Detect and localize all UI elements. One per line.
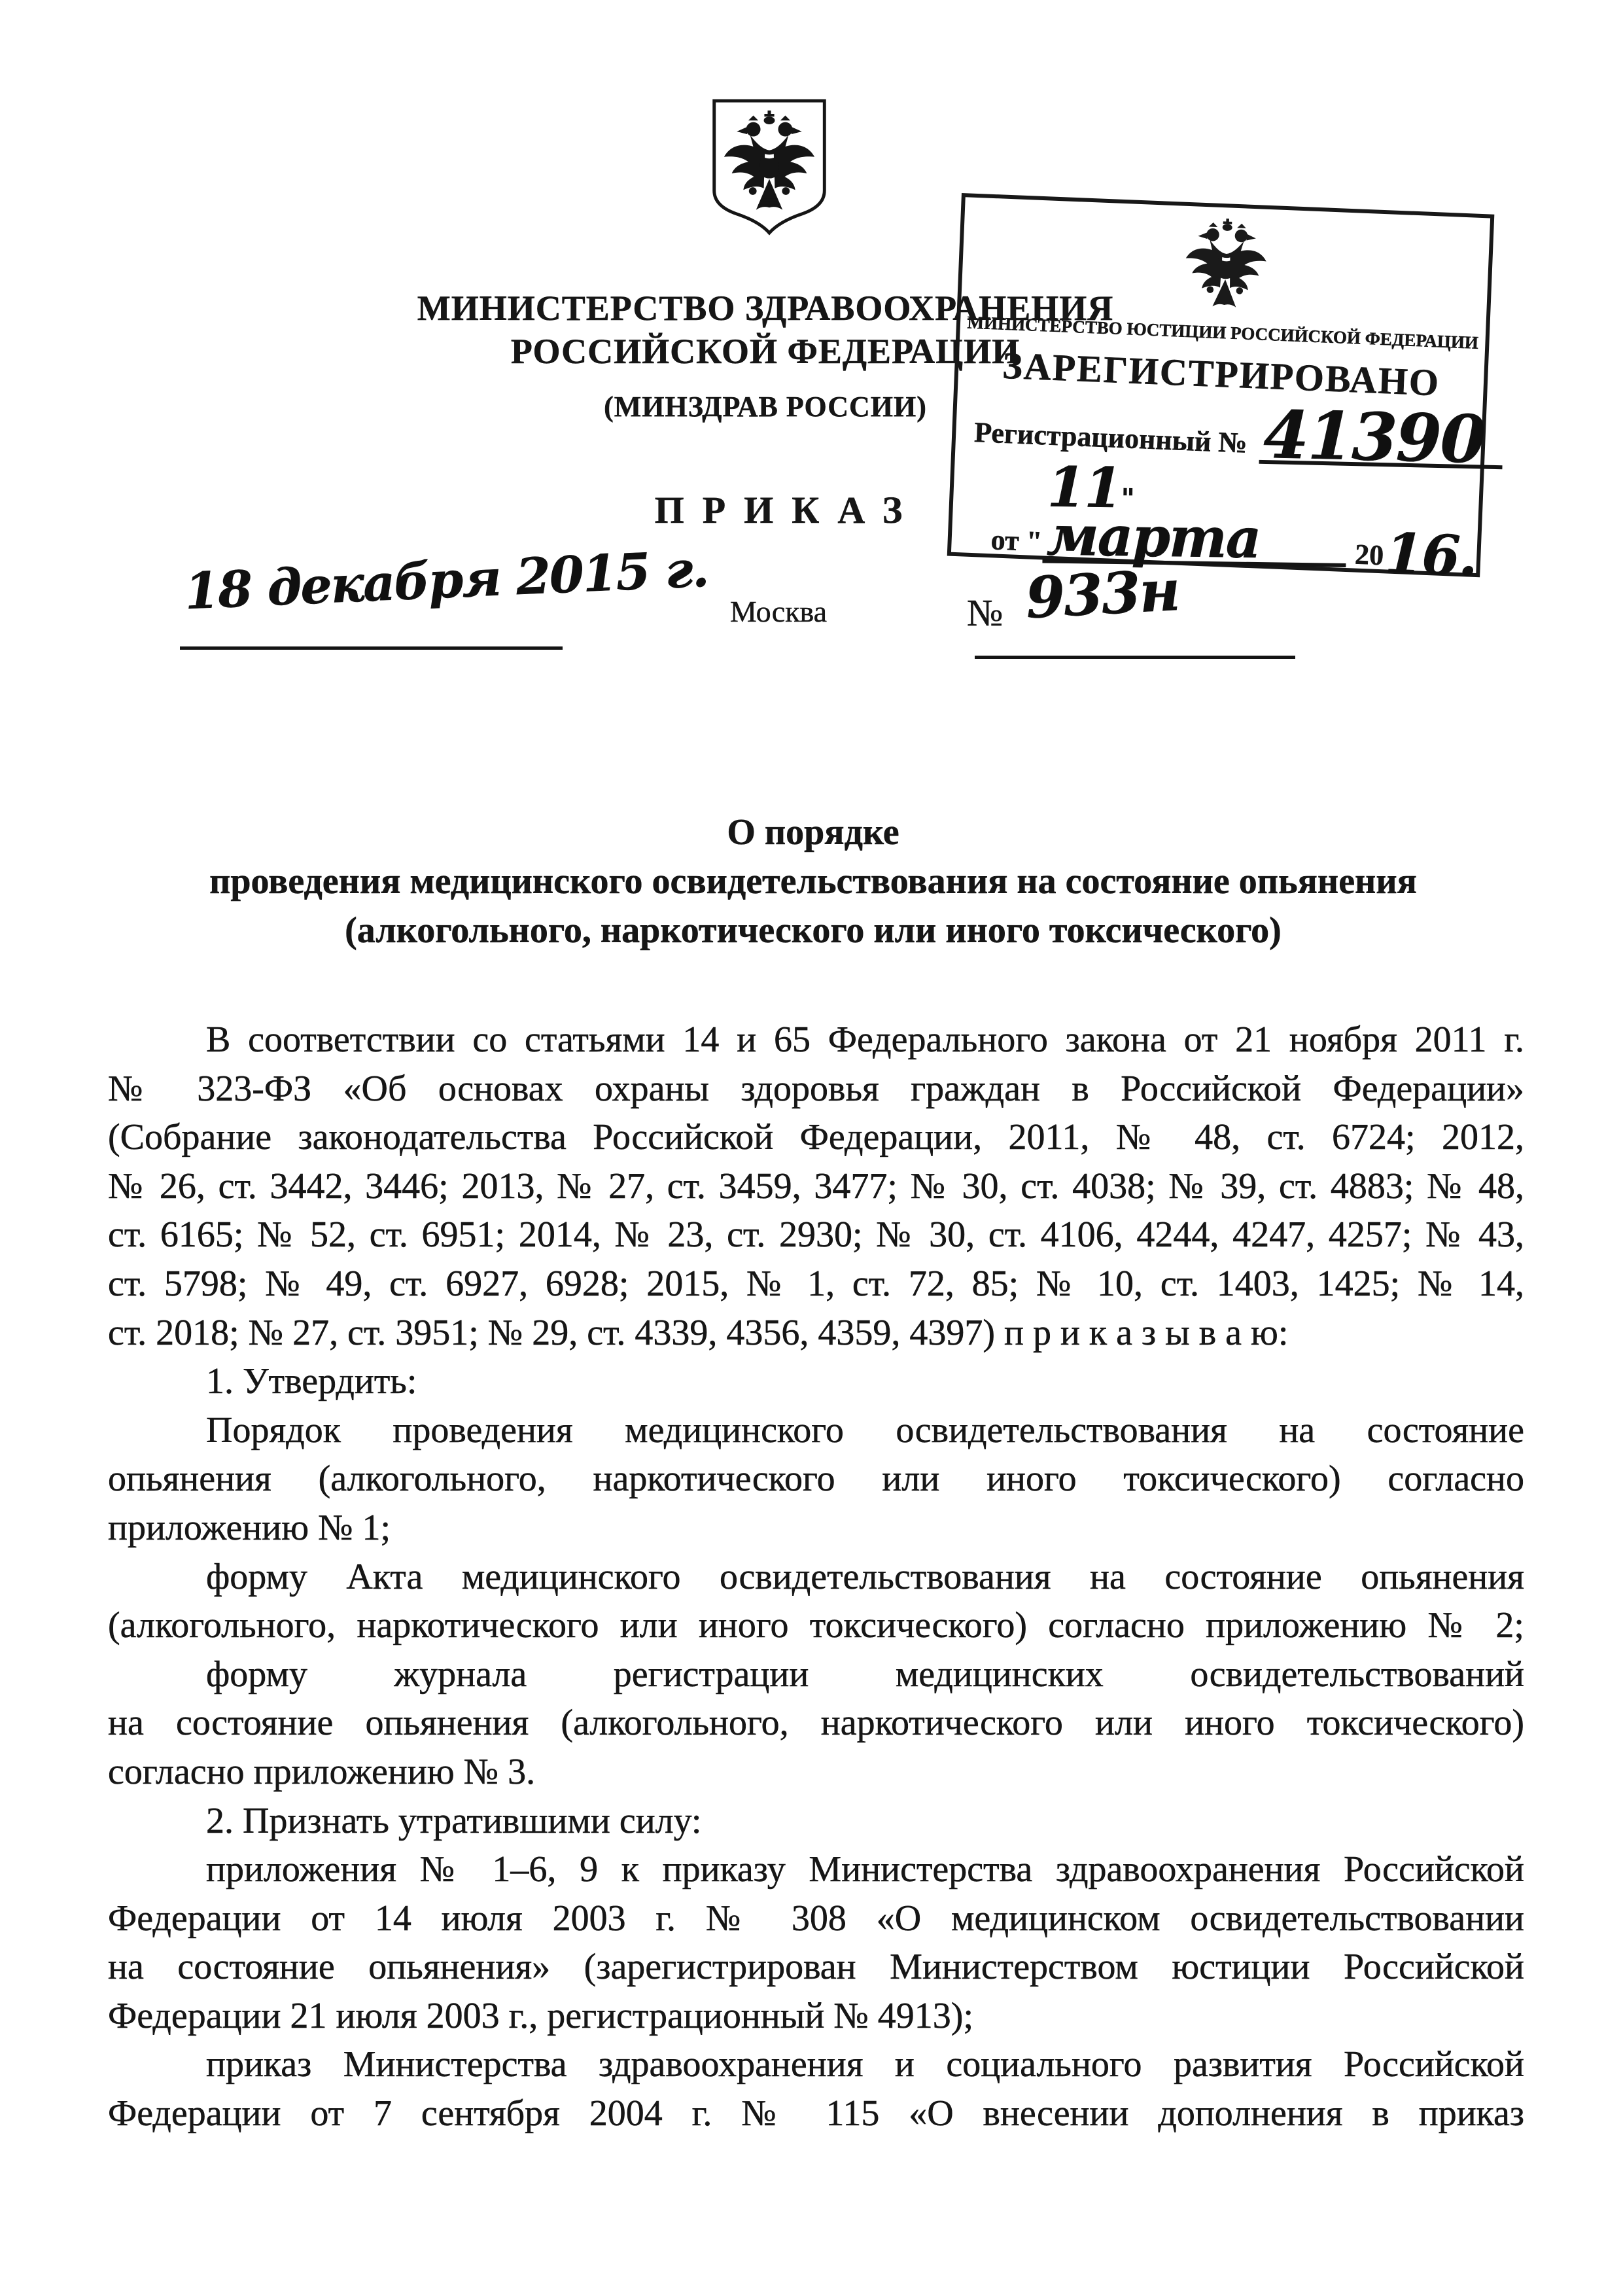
body-line: на состояние опьянения» (зарегистрирован… (108, 1943, 1524, 1992)
body-line: (Собрание законодательства Российской Фе… (108, 1113, 1524, 1162)
body-line: Федерации от 14 июля 2003 г. № 308 «О ме… (108, 1894, 1524, 1943)
scanned-order-page: МИНИСТЕРСТВО ЗДРАВООХРАНЕНИЯ РОССИЙСКОЙ … (0, 0, 1623, 2296)
number-underline (975, 656, 1295, 659)
body-line: на состояние опьянения (алкогольного, на… (108, 1699, 1524, 1748)
order-title: ПРИКАЗ (288, 488, 1269, 532)
body-line: приложения № 1–6, 9 к приказу Министерст… (108, 1845, 1524, 1894)
subject-line1: О порядке (103, 808, 1523, 857)
body-line: № 26, ст. 3442, 3446; 2013, № 27, ст. 34… (108, 1162, 1524, 1211)
stamp-reg-number-value: 41390 (1259, 410, 1503, 469)
stamp-registered-label: ЗАРЕГИСТРИРОВАНО (958, 342, 1484, 406)
body-line: форму Акта медицинского освидетельствова… (108, 1553, 1524, 1602)
order-number-handwritten: 933н (1024, 557, 1181, 631)
body-line: (алкогольного, наркотического или иного … (108, 1601, 1524, 1650)
date-underline (180, 646, 563, 650)
stamp-reg-number-label: Регистрационный № (973, 415, 1248, 461)
body-line: Федерации от 7 сентября 2004 г. № 115 «О… (108, 2089, 1524, 2138)
order-number-sign: № (967, 591, 1003, 635)
body-line: ст. 5798; № 49, ст. 6927, 6928; 2015, № … (108, 1260, 1524, 1309)
body-line: ст. 2018; № 27, ст. 3951; № 29, ст. 4339… (108, 1309, 1524, 1358)
stamp-date-year-printed: 20 (1354, 538, 1384, 573)
body-line: Порядок проведения медицинского освидете… (108, 1406, 1524, 1455)
stamp-date-year-handwritten: 16. (1384, 533, 1477, 576)
body-line: 2. Признать утратившими силу: (108, 1797, 1524, 1846)
body-line: форму журнала регистрации медицинских ос… (108, 1650, 1524, 1699)
stamp-eagle-icon (1174, 213, 1276, 321)
body-line: В соответствии со статьями 14 и 65 Федер… (108, 1016, 1524, 1065)
order-subject: О порядке проведения медицинского освиде… (103, 808, 1523, 955)
coat-of-arms-icon (705, 96, 833, 239)
body-line: согласно приложению № 3. (108, 1748, 1524, 1797)
body-line: приложению № 1; (108, 1504, 1524, 1553)
body-line: опьянения (алкогольного, наркотического … (108, 1455, 1524, 1504)
body-line: приказ Министерства здравоохранения и со… (108, 2040, 1524, 2089)
body-line: ст. 6165; № 52, ст. 6951; 2014, № 23, ст… (108, 1210, 1524, 1260)
body-line: № 323-ФЗ «Об основах охраны здоровья гра… (108, 1065, 1524, 1114)
document-body: В соответствии со статьями 14 и 65 Федер… (108, 1016, 1524, 2138)
subject-line2: проведения медицинского освидетельствова… (103, 857, 1523, 906)
subject-line3: (алкогольного, наркотического или иного … (103, 906, 1523, 955)
body-line: Федерации 21 июля 2003 г., регистрационн… (108, 1992, 1524, 2041)
body-line: 1. Утвердить: (108, 1357, 1524, 1406)
